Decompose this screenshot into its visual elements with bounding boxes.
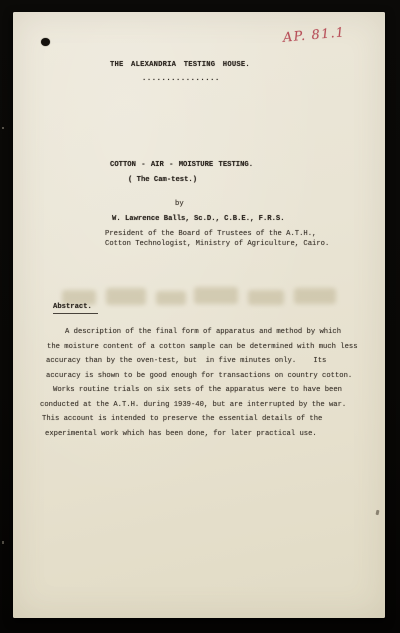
- abstract-line: This account is intended to preserve the…: [42, 416, 322, 423]
- abstract-line: experimental work which has been done, f…: [45, 431, 317, 438]
- abstract-heading: Abstract.: [53, 304, 98, 314]
- paper-speck: [376, 510, 380, 516]
- author-name: W. Lawrence Balls, Sc.D., C.B.E., F.R.S.: [112, 216, 285, 223]
- byline: by: [175, 201, 184, 208]
- abstract-line: Works routine trials on six sets of the …: [53, 387, 342, 394]
- document-page: AP. 81.1 THE ALEXANDRIA TESTING HOUSE. .…: [13, 12, 385, 618]
- dust-speck: [2, 127, 4, 129]
- abstract-line: conducted at the A.T.H. during 1939-40, …: [40, 402, 346, 409]
- photo-background: AP. 81.1 THE ALEXANDRIA TESTING HOUSE. .…: [0, 0, 400, 633]
- author-role-line-2: Cotton Technologist, Ministry of Agricul…: [105, 241, 329, 248]
- institution-title: THE ALEXANDRIA TESTING HOUSE.: [110, 62, 250, 69]
- abstract-line: A description of the final form of appar…: [65, 329, 341, 336]
- author-role-line-1: President of the Board of Trustees of th…: [105, 231, 316, 238]
- document-title: COTTON - AIR - MOISTURE TESTING.: [110, 162, 253, 169]
- divider-dots: ................: [142, 76, 220, 83]
- hole-punch-mark: [41, 38, 50, 46]
- archival-reference-handwritten: AP. 81.1: [283, 26, 346, 44]
- abstract-line: accuracy is shown to be good enough for …: [46, 373, 352, 380]
- abstract-line: the moisture content of a cotton sample …: [47, 344, 358, 351]
- document-subtitle: ( The Cam-test.): [128, 177, 197, 184]
- ink-bleedthrough: [58, 284, 348, 312]
- abstract-line: accuracy than by the oven-test, but in f…: [46, 358, 326, 365]
- dust-speck: [2, 541, 4, 544]
